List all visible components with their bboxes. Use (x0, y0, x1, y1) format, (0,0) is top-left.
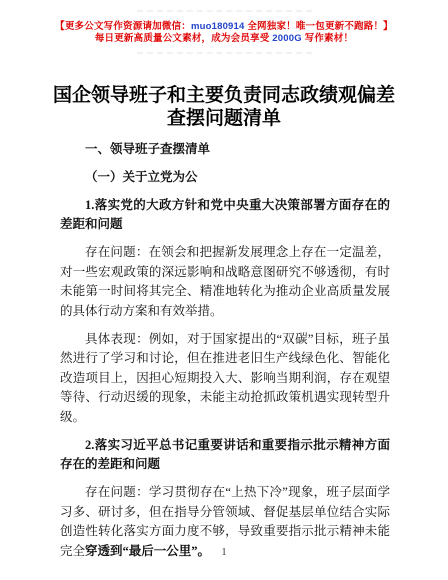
header-banner: 【更多公文写作资源请加微信：muo180914 全网独家！唯一包更新不跑路！】 … (0, 10, 448, 54)
banner-line2-size: 2000G (272, 33, 302, 44)
banner-separator-bottom (137, 52, 312, 54)
item1-heading: 1.落实党的大政方针和党中央重大决策部署方面存在的差距和问题 (60, 187, 390, 235)
item1-problem-paragraph: 存在问题：在领会和把握新发展理念上存在一定温差，对一些宏观政策的深远影响和战略意… (60, 235, 390, 322)
section-heading: 一、领导班子查摆清单 (60, 131, 390, 159)
banner-line2-suffix: 写作素材！ (302, 33, 353, 44)
document-title: 国企领导班子和主要负责同志政绩观偏差查摆问题清单 (48, 84, 400, 130)
banner-line1-prefix: 【更多公文写作资源请加微信： (55, 21, 191, 32)
document-title-text: 国企领导班子和主要负责同志政绩观偏差查摆问题清单 (48, 84, 400, 130)
document-page: 【更多公文写作资源请加微信：muo180914 全网独家！唯一包更新不跑路！】 … (0, 0, 448, 580)
banner-line1-suffix: 全网独家！唯一包更新不跑路！】 (245, 21, 393, 32)
subsection-heading: （一）关于立党为公 (60, 159, 390, 187)
item1-example-paragraph: 具体表现：例如，对于国家提出的“双碳”目标，班子虽然进行了学习和讨论，但在推进老… (60, 321, 390, 427)
document-body: 一、领导班子查摆清单 （一）关于立党为公 1.落实党的大政方针和党中央重大决策部… (60, 131, 390, 561)
banner-line-2: 每日更新高质量公文素材，成为会员享受 2000G 写作素材！ (0, 33, 448, 45)
banner-separator-top (137, 10, 312, 12)
banner-line2-prefix: 每日更新高质量公文素材，成为会员享受 (95, 33, 272, 44)
banner-line-1: 【更多公文写作资源请加微信：muo180914 全网独家！唯一包更新不跑路！】 (0, 21, 448, 33)
page-number: 1 (0, 547, 448, 558)
item2-heading: 2.落实习近平总书记重要讲话和重要指示批示精神方面存在的差距和问题 (60, 427, 390, 475)
banner-line1-wechat-id: muo180914 (191, 21, 245, 32)
